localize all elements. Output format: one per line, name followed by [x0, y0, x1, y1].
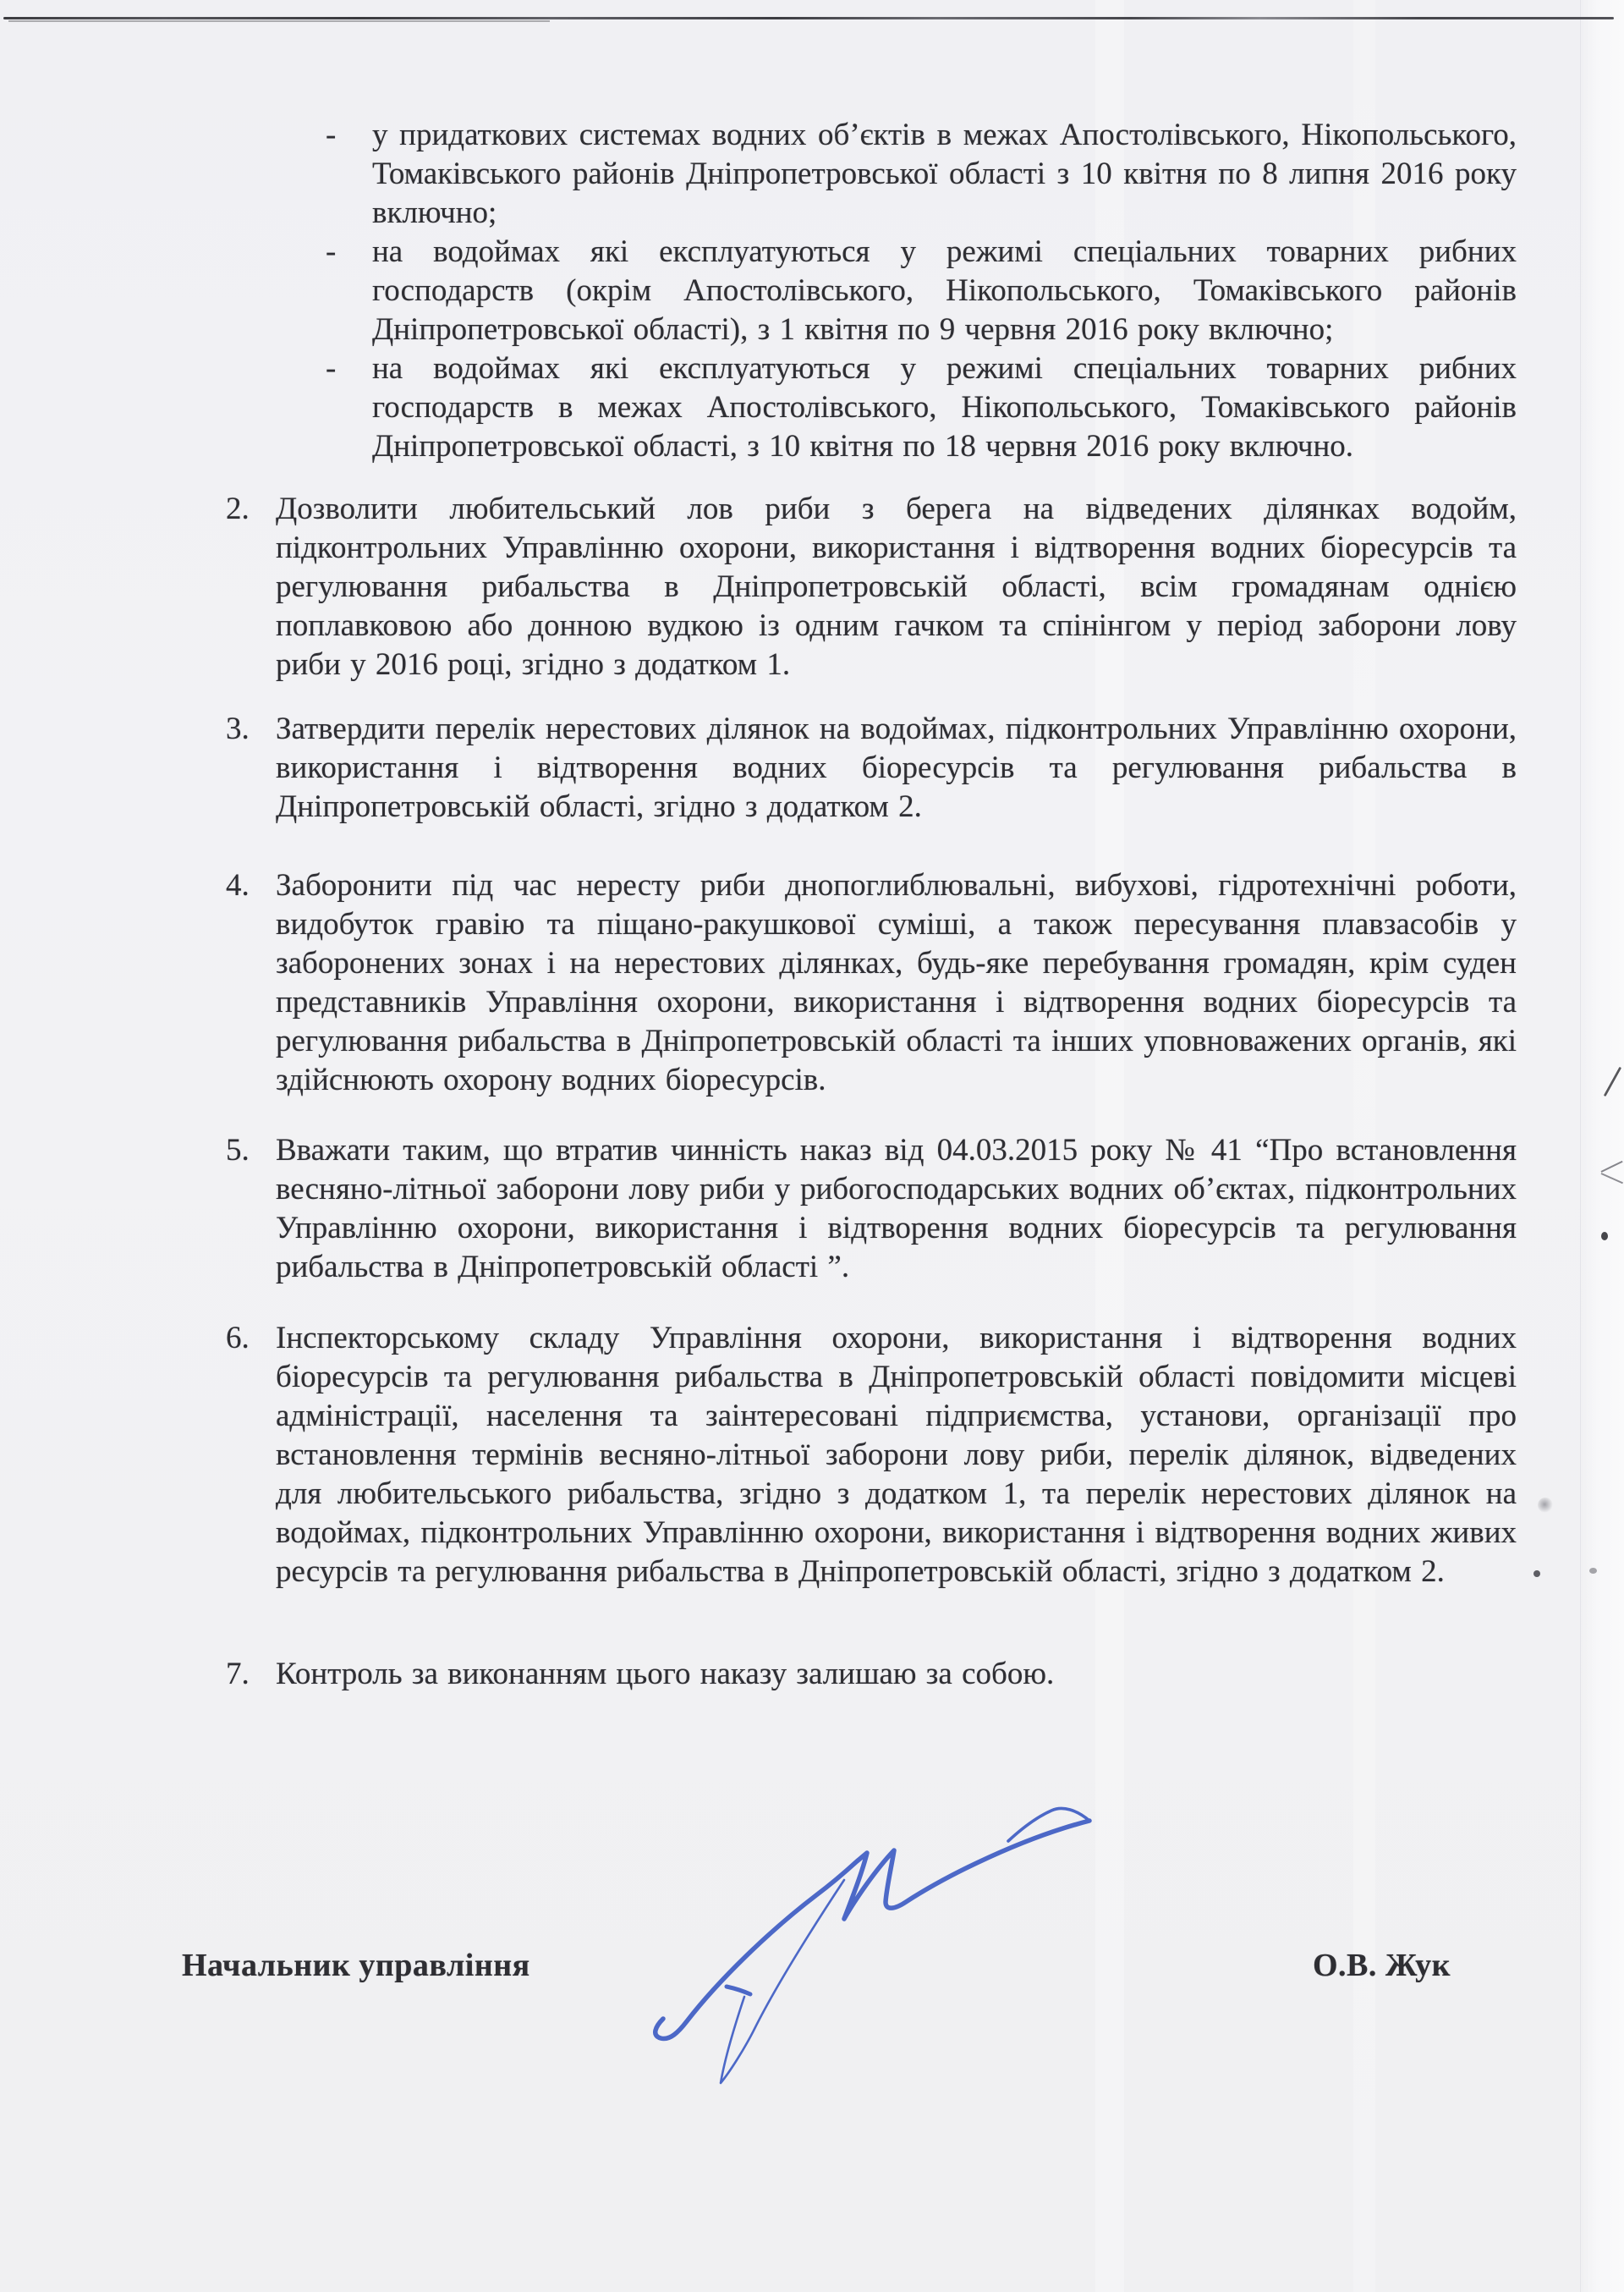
item-number: 7.: [226, 1655, 250, 1694]
item-number: 4.: [226, 866, 250, 905]
top-scan-line: [3, 17, 1614, 19]
bullet-dash-marker: -: [326, 233, 336, 272]
item-text: Контроль за виконанням цього наказу зали…: [276, 1657, 1054, 1691]
signature-stroke-tick: [727, 1987, 750, 1994]
item-text: Заборонити під час нересту риби днопогли…: [276, 868, 1517, 1097]
bullet-list: - у придаткових системах водних об’єктів…: [372, 116, 1517, 466]
handwritten-signature: [626, 1785, 1133, 2141]
bullet-dash-marker: -: [326, 116, 336, 155]
item-number: 2.: [226, 490, 250, 529]
scanned-document-page: - у придаткових системах водних об’єктів…: [0, 0, 1624, 2292]
signature-stroke-main: [656, 1821, 1089, 2039]
bullet-dash-marker: -: [326, 349, 336, 388]
order-item-3: 3. Затвердити перелік нерестових ділянок…: [276, 710, 1517, 827]
bullet-text: на водоймах які експлуатуються у режимі …: [372, 351, 1517, 464]
bullet-text: на водоймах які експлуатуються у режимі …: [372, 234, 1517, 347]
signatory-title: Начальник управління: [182, 1947, 530, 1984]
item-text: Затвердити перелік нерестових ділянок на…: [276, 712, 1517, 824]
order-item-7: 7. Контроль за виконанням цього наказу з…: [276, 1655, 1517, 1694]
bullet-item: - у придаткових системах водних об’єктів…: [372, 116, 1517, 233]
top-scan-line-ghost: [8, 20, 550, 22]
scan-artifact-dot: [1533, 1570, 1540, 1577]
order-item-4: 4. Заборонити під час нересту риби днопо…: [276, 866, 1517, 1100]
order-item-5: 5. Вважати таким, що втратив чинність на…: [276, 1131, 1517, 1287]
item-number: 3.: [226, 710, 250, 749]
bullet-item: - на водоймах які експлуатуються у режим…: [372, 233, 1517, 349]
bullet-text: у придаткових системах водних об’єктів в…: [372, 118, 1517, 230]
page-edge-seam: [1580, 0, 1624, 2292]
item-text: Дозволити любительський лов риби з берег…: [276, 492, 1517, 682]
signature-stroke-descender: [721, 1880, 844, 2083]
item-text: Вважати таким, що втратив чинність наказ…: [276, 1133, 1517, 1284]
item-text: Інспекторському складу Управління охорон…: [276, 1321, 1517, 1589]
item-number: 6.: [226, 1319, 250, 1358]
bullet-item: - на водоймах які експлуатуються у режим…: [372, 349, 1517, 466]
signatory-name: О.В. Жук: [1313, 1947, 1451, 1984]
order-item-2: 2. Дозволити любительський лов риби з бе…: [276, 490, 1517, 684]
order-item-6: 6. Інспекторському складу Управління охо…: [276, 1319, 1517, 1591]
item-number: 5.: [226, 1131, 250, 1170]
scan-artifact-smudge: [1538, 1498, 1553, 1513]
